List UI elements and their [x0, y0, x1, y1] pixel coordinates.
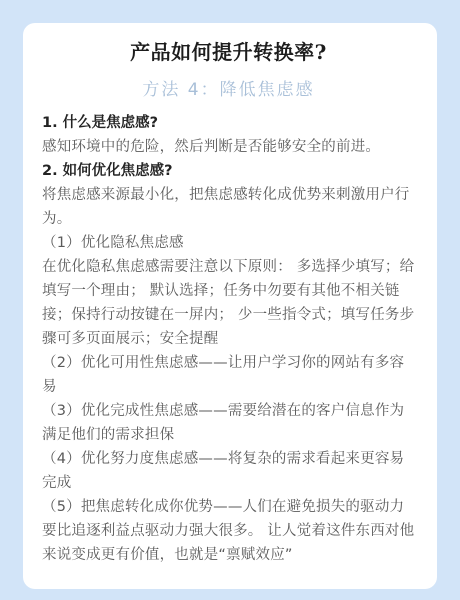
list-item-usability-anxiety: （2）优化可用性焦虑感——让用户学习你的网站有多容易 — [42, 351, 415, 399]
list-item-privacy-anxiety: （1）优化隐私焦虑感 — [42, 231, 415, 255]
section-heading-what-is-anxiety: 1. 什么是焦虑感? — [42, 111, 415, 135]
section-body-what-is-anxiety: 感知环境中的危险，然后判断是否能够安全的前进。 — [42, 135, 415, 159]
list-item-privacy-anxiety-detail: 在优化隐私焦虑感需要注意以下原则： 多选择少填写；给填写一个理由； 默认选择；任… — [42, 255, 415, 351]
page-title: 产品如何提升转换率? — [42, 37, 415, 67]
page-subtitle: 方法 4：降低焦虑感 — [42, 76, 415, 104]
section-body-how-to-optimize: 将焦虑感来源最小化，把焦虑感转化成优势来刺激用户行为。 — [42, 183, 415, 231]
list-item-anxiety-to-advantage: （5）把焦虑转化成你优势——人们在避免损失的驱动力要比追逐利益点驱动力强大很多。… — [42, 495, 415, 567]
section-heading-how-to-optimize: 2. 如何优化焦虑感? — [42, 159, 415, 183]
article-body: 1. 什么是焦虑感? 感知环境中的危险，然后判断是否能够安全的前进。 2. 如何… — [42, 111, 415, 567]
list-item-completion-anxiety: （3）优化完成性焦虑感——需要给潜在的客户信息作为满足他们的需求担保 — [42, 399, 415, 447]
content-card: 产品如何提升转换率? 方法 4：降低焦虑感 1. 什么是焦虑感? 感知环境中的危… — [23, 23, 437, 589]
list-item-effort-anxiety: （4）优化努力度焦虑感——将复杂的需求看起来更容易完成 — [42, 447, 415, 495]
